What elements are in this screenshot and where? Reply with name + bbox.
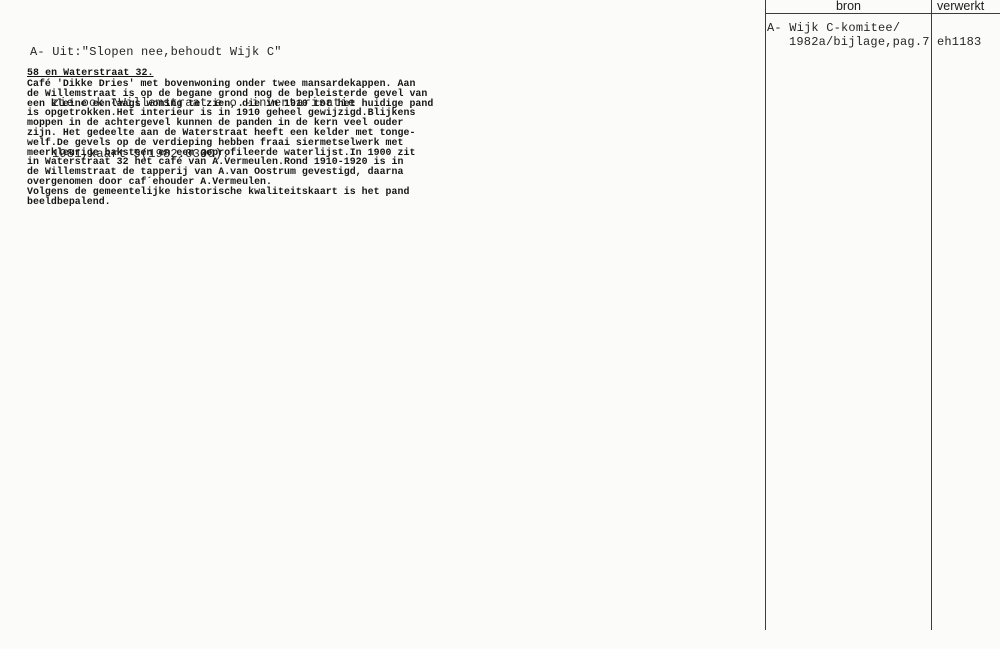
table-column-divider xyxy=(931,0,932,630)
scanned-document-page: { "colors": { "paper": "#fbfbf9", "ink":… xyxy=(0,0,1000,649)
bron-cell-line-2: 1982a/bijlage,pag.7 xyxy=(789,35,930,49)
table-header-underline xyxy=(765,13,1000,14)
verwerkt-cell-value: eh1183 xyxy=(937,35,981,49)
reference-line-1: A- Uit:"Slopen nee,behoudt Wijk C" xyxy=(30,44,355,61)
entry-body-text: Café 'Dikke Dries' met bovenwoning onder… xyxy=(27,79,447,206)
column-header-bron: bron xyxy=(766,0,931,13)
entry-heading: 58 en Waterstraat 32. xyxy=(27,67,154,78)
column-header-verwerkt: verwerkt xyxy=(937,0,984,13)
table-left-border xyxy=(765,0,766,630)
bron-cell-line-1: A- Wijk C-komitee/ xyxy=(767,21,900,35)
